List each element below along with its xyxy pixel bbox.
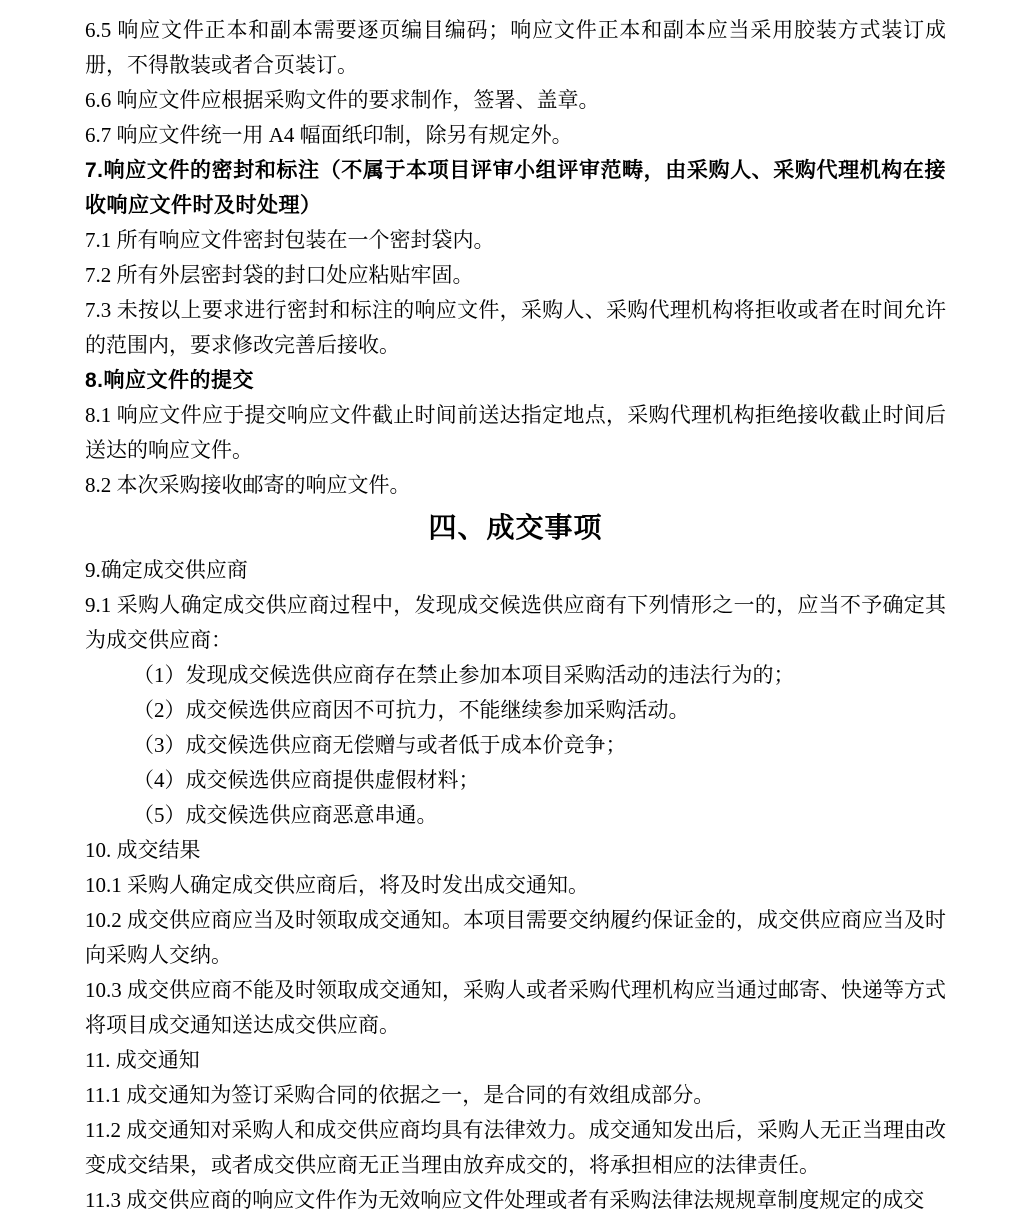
para-8-heading: 8.响应文件的提交: [85, 363, 946, 398]
para-6-5: 6.5 响应文件正本和副本需要逐页编目编码；响应文件正本和副本应当采用胶装方式装…: [85, 13, 946, 83]
para-7-2: 7.2 所有外层密封袋的封口处应粘贴牢固。: [85, 258, 946, 293]
para-7-heading: 7.响应文件的密封和标注（不属于本项目评审小组评审范畴，由采购人、采购代理机构在…: [85, 153, 946, 223]
para-6-6: 6.6 响应文件应根据采购文件的要求制作，签署、盖章。: [85, 83, 946, 118]
para-11-3: 11.3 成交供应商的响应文件作为无效响应文件处理或者有采购法律法规规章制度规定…: [85, 1183, 946, 1218]
para-6-7: 6.7 响应文件统一用 A4 幅面纸印制，除另有规定外。: [85, 118, 946, 153]
list-item-4: （4）成交候选供应商提供虚假材料；: [85, 763, 946, 798]
para-10-3: 10.3 成交供应商不能及时领取成交通知，采购人或者采购代理机构应当通过邮寄、快…: [85, 973, 946, 1043]
list-item-5: （5）成交候选供应商恶意串通。: [85, 798, 946, 833]
para-11-2: 11.2 成交通知对采购人和成交供应商均具有法律效力。成交通知发出后，采购人无正…: [85, 1113, 946, 1183]
para-11-heading: 11. 成交通知: [85, 1043, 946, 1078]
para-9-1: 9.1 采购人确定成交供应商过程中，发现成交候选供应商有下列情形之一的，应当不予…: [85, 588, 946, 658]
para-8-2: 8.2 本次采购接收邮寄的响应文件。: [85, 468, 946, 503]
para-7-3: 7.3 未按以上要求进行密封和标注的响应文件，采购人、采购代理机构将拒收或者在时…: [85, 293, 946, 363]
para-8-1: 8.1 响应文件应于提交响应文件截止时间前送达指定地点，采购代理机构拒绝接收截止…: [85, 398, 946, 468]
para-7-1: 7.1 所有响应文件密封包装在一个密封袋内。: [85, 223, 946, 258]
list-item-2: （2）成交候选供应商因不可抗力，不能继续参加采购活动。: [85, 693, 946, 728]
para-10-2: 10.2 成交供应商应当及时领取成交通知。本项目需要交纳履约保证金的，成交供应商…: [85, 903, 946, 973]
para-11-1: 11.1 成交通知为签订采购合同的依据之一，是合同的有效组成部分。: [85, 1078, 946, 1113]
document-page: 6.5 响应文件正本和副本需要逐页编目编码；响应文件正本和副本应当采用胶装方式装…: [0, 0, 1028, 1222]
list-item-1: （1）发现成交候选供应商存在禁止参加本项目采购活动的违法行为的；: [85, 658, 946, 693]
list-item-3: （3）成交候选供应商无偿赠与或者低于成本价竞争；: [85, 728, 946, 763]
section-heading: 四、成交事项: [85, 505, 946, 551]
para-9-heading: 9.确定成交供应商: [85, 553, 946, 588]
para-10-1: 10.1 采购人确定成交供应商后，将及时发出成交通知。: [85, 868, 946, 903]
para-10-heading: 10. 成交结果: [85, 833, 946, 868]
